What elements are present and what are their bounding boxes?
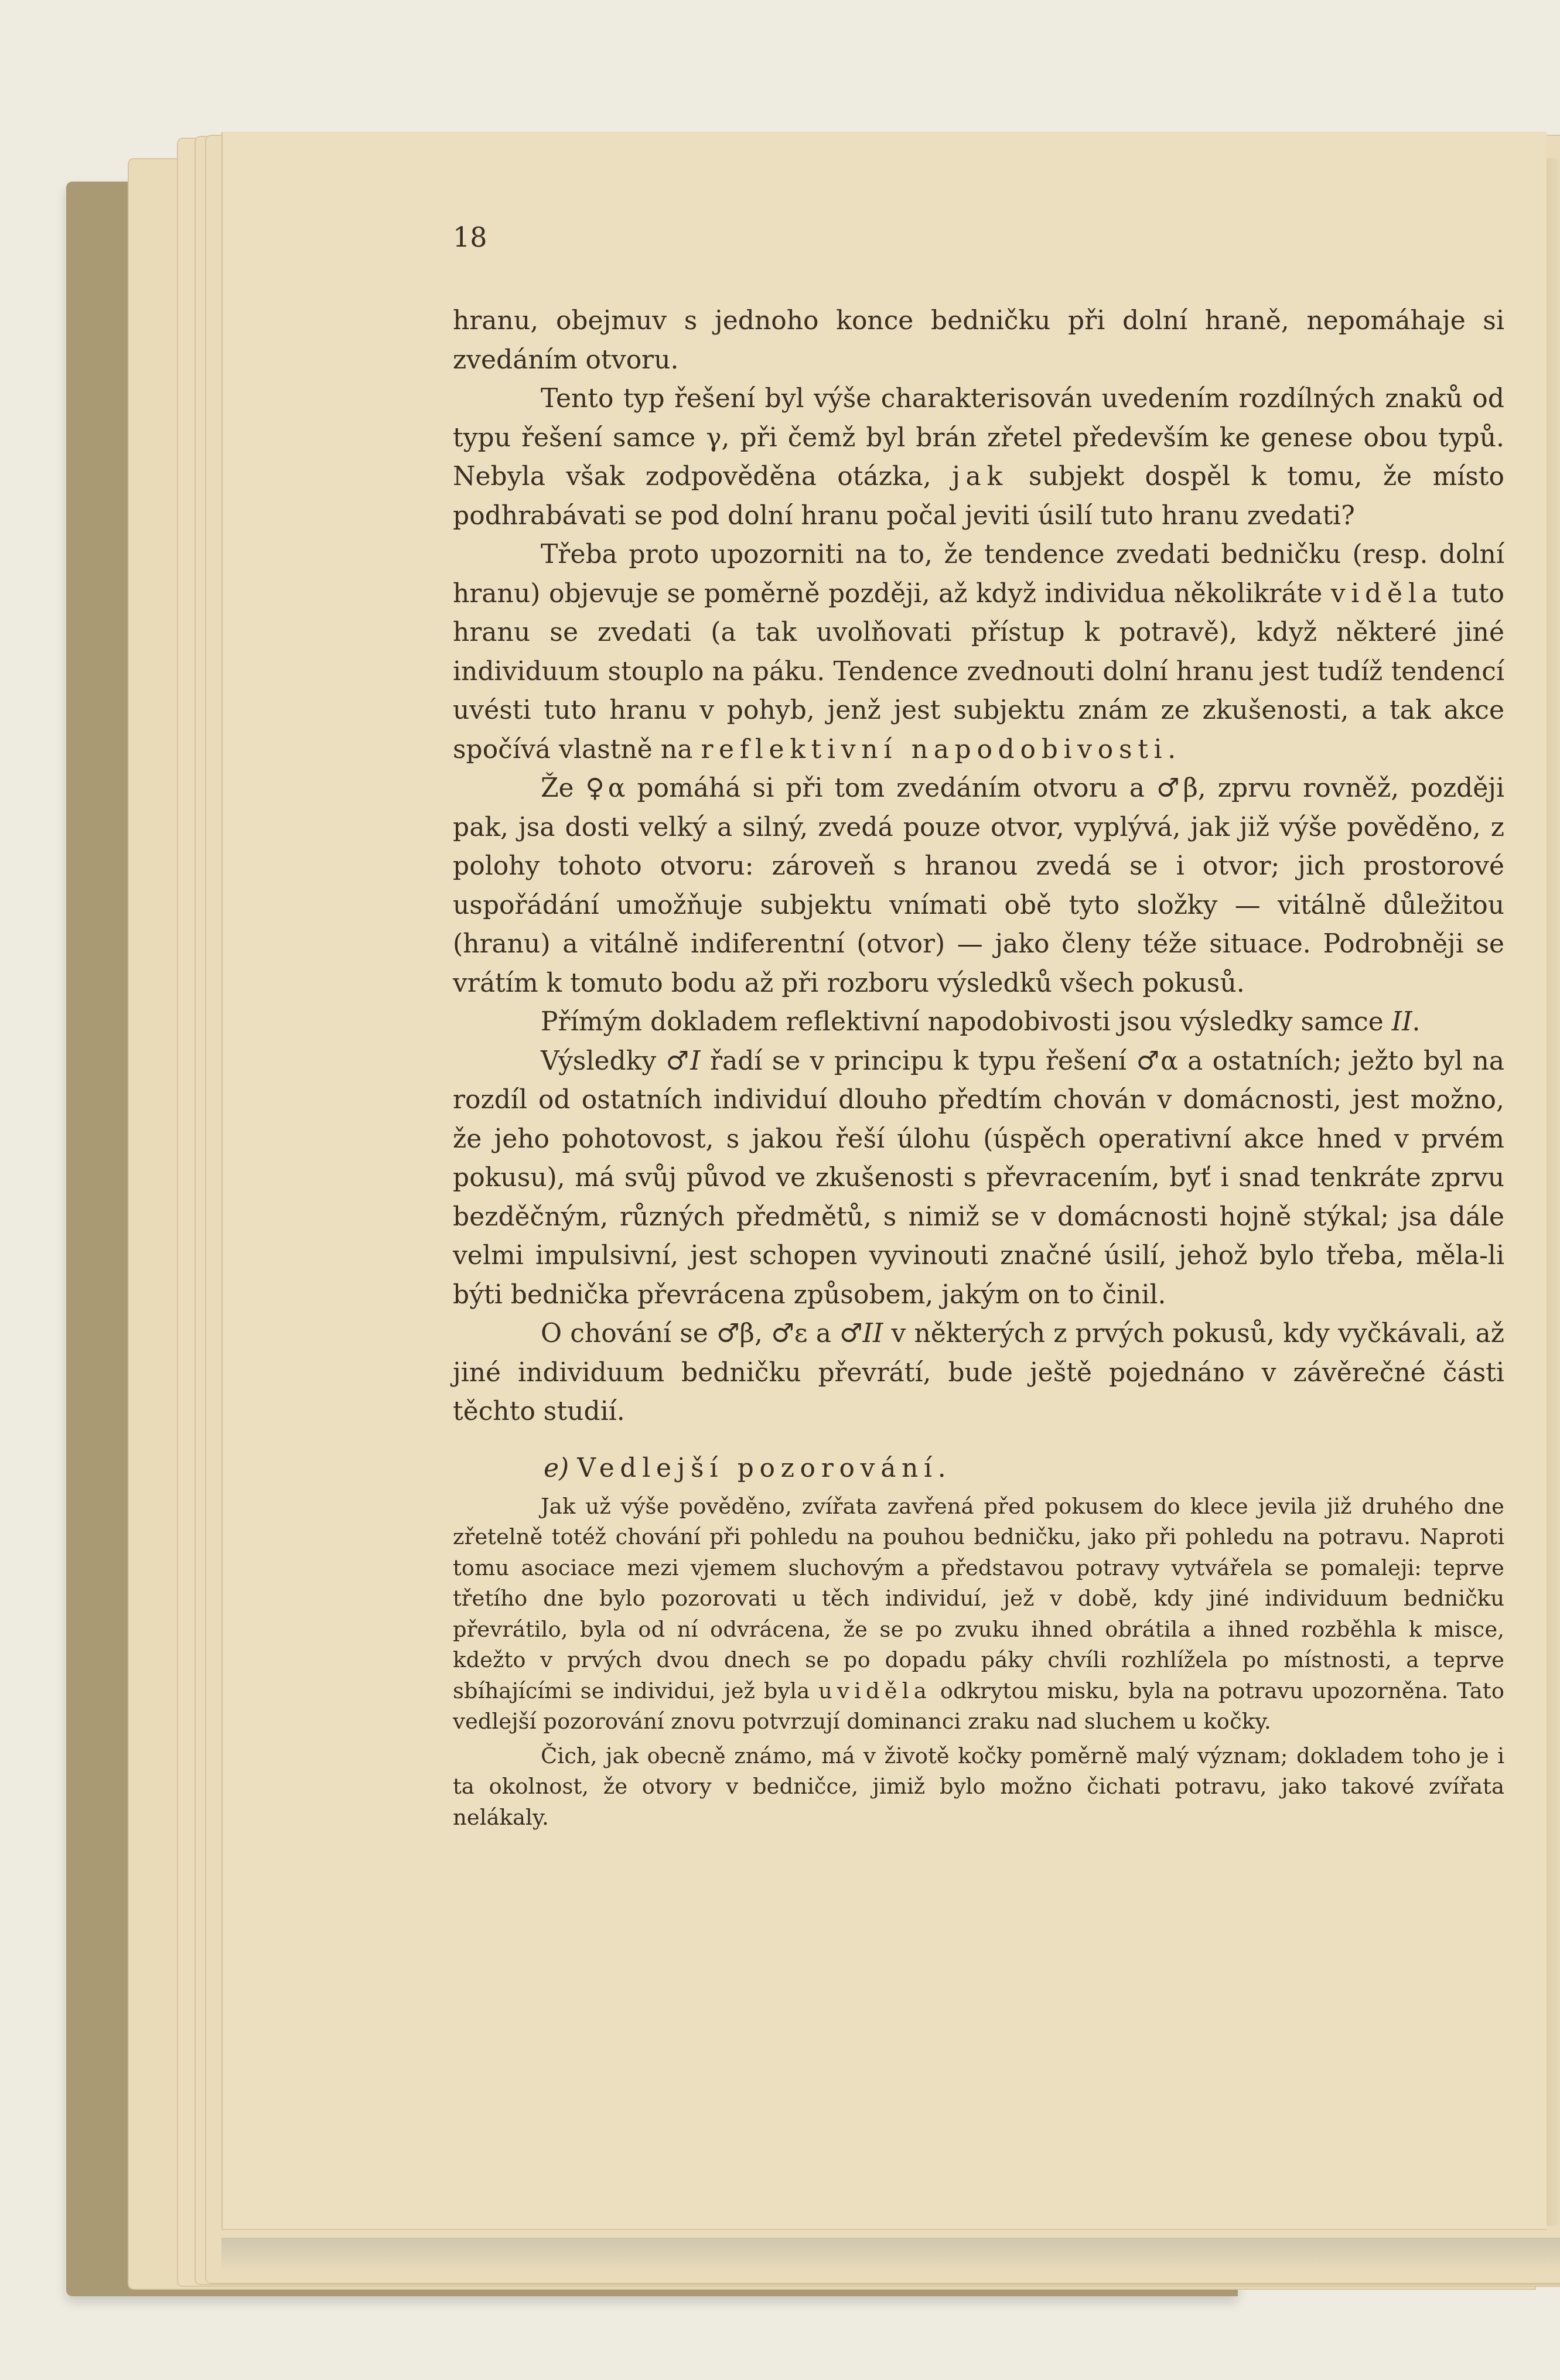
emphasis-spaced: viděla (1331, 579, 1443, 609)
roman-numeral: II (863, 1319, 883, 1348)
emphasis-spaced: jak (952, 462, 1008, 491)
paragraph: Třeba proto upozorniti na to, že tendenc… (453, 535, 1504, 769)
paragraph: O chování se ♂β, ♂ε a ♂II v některých z … (453, 1314, 1504, 1432)
paragraph: Čich, jak obecně známo, má v životě kočk… (453, 1741, 1504, 1833)
paragraph: hranu, obejmuv s jednoho konce bedničku … (453, 302, 1504, 380)
section-heading: e) Vedlejší pozorování. (453, 1449, 1504, 1488)
paragraph: Výsledky ♂I řadí se v principu k typu ře… (453, 1042, 1504, 1315)
paragraph: Přímým dokladem reflektivní napodobivost… (453, 1003, 1504, 1042)
page-number: 18 (453, 217, 1504, 258)
small-print-text: Jak už výše pověděno, zvířata zavřená př… (453, 1491, 1504, 1833)
paragraph: Jak už výše pověděno, zvířata zavřená př… (453, 1491, 1504, 1737)
section-marker: e) (544, 1453, 569, 1483)
emphasis-spaced: reflektivní napodobivosti (701, 735, 1168, 764)
page-content: 18 hranu, obejmuv s jednoho konce bednič… (453, 217, 1504, 1833)
paragraph: Že ♀α pomáhá si při tom zvedáním otvoru … (453, 769, 1504, 1003)
paragraph: Tento typ řešení byl výše charakterisová… (453, 380, 1504, 535)
roman-numeral: II (1392, 1007, 1412, 1037)
roman-numeral: I (690, 1046, 700, 1076)
book-shadow (221, 2238, 1560, 2273)
section-title: Vedlejší pozorování. (577, 1453, 951, 1483)
emphasis-spaced: uviděla (818, 1678, 931, 1703)
main-text: hranu, obejmuv s jednoho konce bedničku … (453, 302, 1504, 1432)
